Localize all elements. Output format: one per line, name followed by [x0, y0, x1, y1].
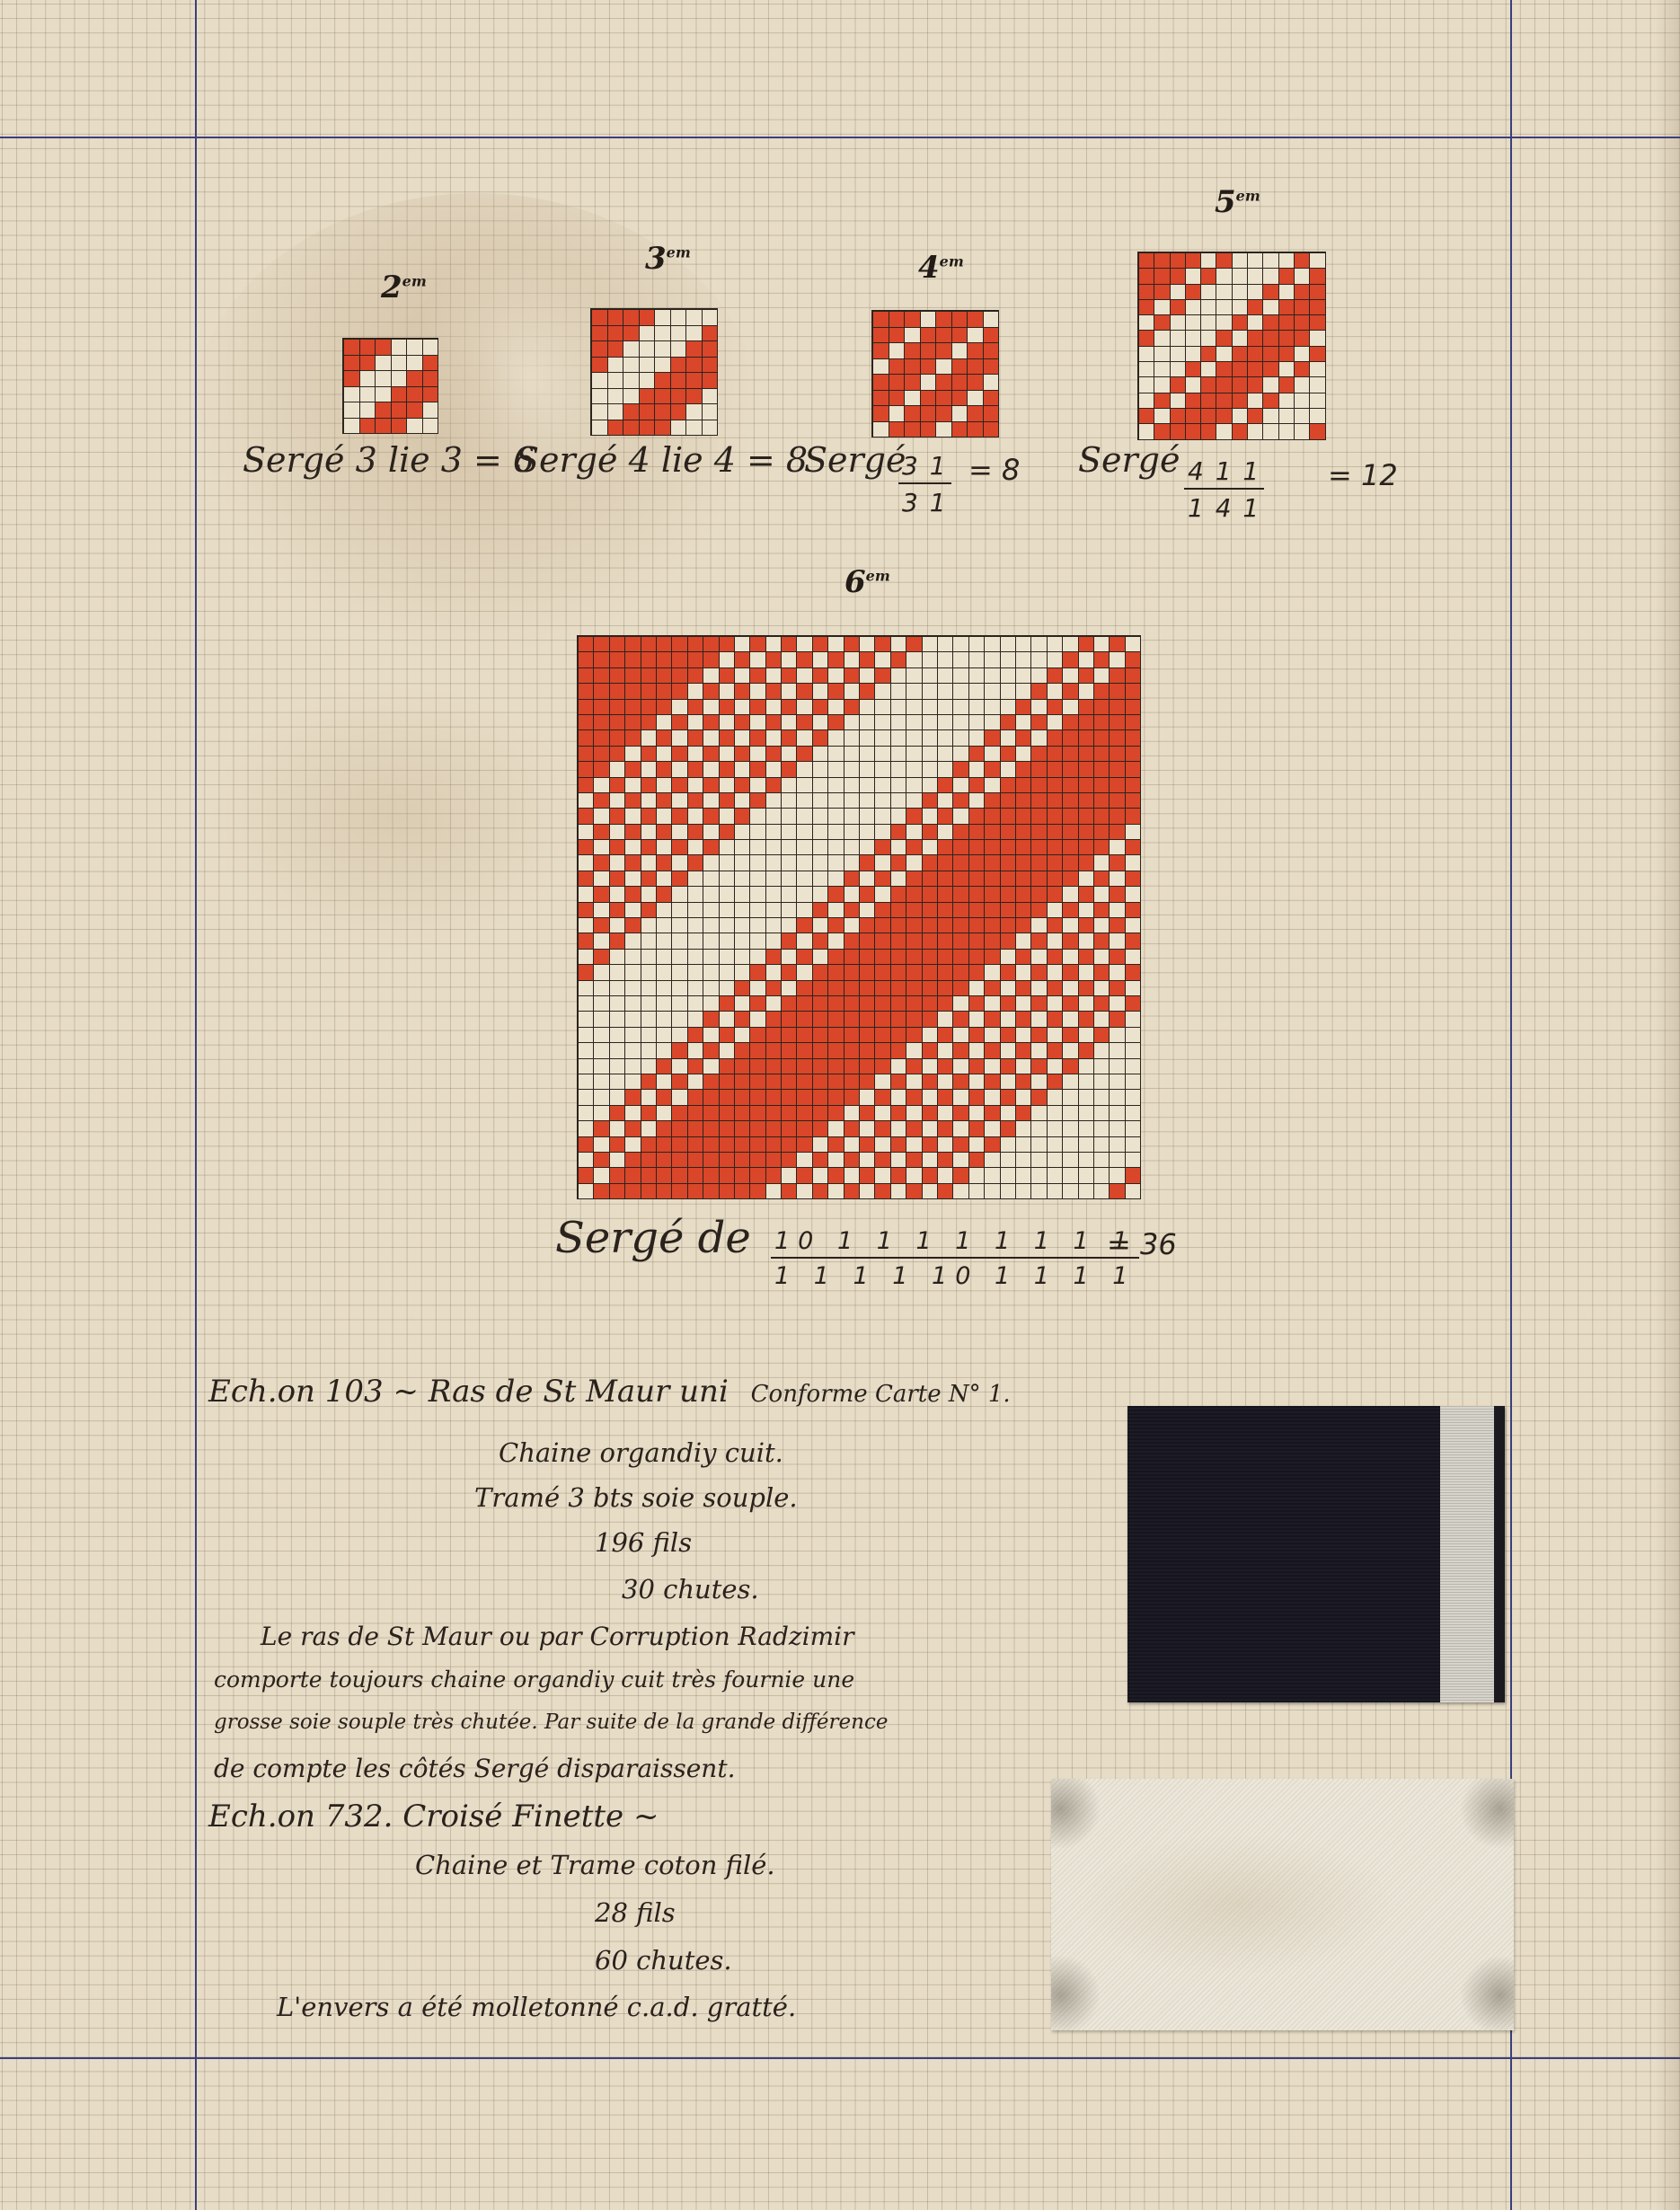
draft-cell	[891, 684, 906, 699]
draft-cell	[1016, 1137, 1031, 1153]
draft-cell	[1048, 1074, 1063, 1090]
draft-cell	[1154, 253, 1170, 269]
draft-cell	[641, 903, 657, 918]
draft-cell	[1001, 1012, 1016, 1027]
draft-cell	[782, 1137, 797, 1153]
draft-cell	[686, 358, 703, 374]
draft-cell	[1263, 377, 1278, 393]
draft-cell	[1154, 409, 1170, 424]
draft-cell	[1139, 362, 1154, 377]
draft-cell	[936, 328, 952, 344]
draft-cell	[766, 793, 782, 809]
draft-cell	[625, 1074, 641, 1090]
draft-cell	[844, 1074, 860, 1090]
draft-cell	[703, 793, 719, 809]
draft-cell	[1094, 715, 1110, 730]
draft-cell	[735, 1028, 750, 1043]
draft-cell	[1279, 362, 1295, 377]
draft-cell	[641, 762, 657, 777]
draft-cell	[1139, 409, 1154, 424]
draft-cell	[1031, 1043, 1047, 1058]
draft-cell	[720, 1059, 735, 1074]
draft-cell	[1048, 762, 1063, 777]
draft-cell	[610, 1028, 625, 1043]
draft-cell	[720, 871, 735, 887]
draft-cell	[891, 918, 906, 933]
draft-cell	[766, 933, 782, 949]
draft-cell	[952, 391, 968, 407]
draft-cell	[923, 1106, 938, 1121]
draft-cell	[641, 1043, 657, 1058]
draft-cell	[969, 981, 985, 996]
draft-cell	[891, 762, 906, 777]
draft-cell	[1063, 715, 1078, 730]
draft-cell	[1139, 285, 1154, 300]
draft-result: = 36	[1107, 1227, 1177, 1261]
draft-cell	[766, 871, 782, 887]
draft-cell	[1079, 1059, 1094, 1074]
draft-cell	[735, 1012, 750, 1027]
draft-cell	[686, 310, 703, 326]
draft-cell	[610, 1153, 625, 1168]
draft-cell	[875, 1153, 890, 1168]
draft-cell	[592, 420, 608, 437]
draft-cell	[579, 778, 594, 793]
draft-cell	[891, 747, 906, 762]
draft-cell	[1233, 300, 1248, 315]
draft-cell	[813, 840, 828, 855]
draft-cell	[828, 1106, 844, 1121]
draft-cell	[1016, 668, 1031, 684]
draft-cell	[923, 700, 938, 715]
draft-cell	[1186, 269, 1201, 284]
draft-cell	[984, 406, 1000, 422]
draft-cell	[906, 918, 922, 933]
draft-cell	[905, 343, 921, 359]
draft-cell	[703, 341, 719, 358]
draft-cell	[625, 933, 641, 949]
draft-cell	[921, 422, 937, 438]
draft-cell	[969, 1153, 985, 1168]
draft-cell	[1001, 1137, 1016, 1153]
draft-cell	[1233, 424, 1248, 439]
draft-cell	[860, 652, 875, 667]
draft-cell	[844, 1090, 860, 1105]
draft-cell	[623, 420, 640, 437]
draft-cell	[906, 778, 922, 793]
draft-cell	[703, 903, 719, 918]
margin-rule-top	[0, 137, 1680, 138]
draft-cell	[1110, 762, 1125, 777]
draft-cell	[688, 825, 703, 840]
draft-cell	[750, 668, 765, 684]
draft-cell	[968, 328, 984, 344]
draft-cell	[720, 1043, 735, 1058]
draft-cell	[608, 341, 624, 358]
draft-cell	[579, 1121, 594, 1136]
draft-cell	[938, 840, 953, 855]
draft-cell	[875, 996, 890, 1012]
draft-cell	[1154, 362, 1170, 377]
draft-cell	[720, 996, 735, 1012]
draft-cell	[797, 715, 812, 730]
draft-cell	[594, 903, 609, 918]
draft-cell	[703, 1106, 719, 1121]
draft-cell	[686, 420, 703, 437]
draft-cell	[750, 918, 765, 933]
draft-cell	[1079, 950, 1094, 965]
draft-cell	[844, 715, 860, 730]
draft-cell	[936, 359, 952, 376]
draft-cell	[1048, 809, 1063, 824]
draft-cell	[891, 996, 906, 1012]
draft-cell	[625, 809, 641, 824]
draft-cell	[672, 809, 687, 824]
draft-cell	[1110, 700, 1125, 715]
draft-cell	[969, 825, 985, 840]
draft-cell	[735, 1184, 750, 1199]
draft-cell	[1048, 747, 1063, 762]
draft-cell	[720, 1168, 735, 1183]
draft-cell	[592, 389, 608, 405]
draft-cell	[1031, 1153, 1047, 1168]
draft-cell	[735, 1168, 750, 1183]
draft-cell	[766, 1074, 782, 1090]
draft-cell	[1171, 409, 1186, 424]
draft-cell	[608, 326, 624, 342]
draft-cell	[985, 1184, 1000, 1199]
draft-cell	[1063, 1168, 1078, 1183]
draft-cell	[657, 793, 672, 809]
draft-cell	[1063, 637, 1078, 652]
draft-cell	[953, 887, 968, 902]
draft-cell	[1233, 285, 1248, 300]
draft-cell	[1079, 1121, 1094, 1136]
draft-cell	[984, 391, 1000, 407]
draft-cell	[860, 1090, 875, 1105]
draft-cell	[906, 871, 922, 887]
draft-cell	[1295, 409, 1310, 424]
draft-cell	[1079, 637, 1094, 652]
draft-cell	[891, 1106, 906, 1121]
draft-cell	[860, 965, 875, 980]
draft-cell	[860, 933, 875, 949]
draft-cell	[938, 809, 953, 824]
draft-cell	[813, 903, 828, 918]
draft-cell	[1001, 762, 1016, 777]
draft-cell	[625, 668, 641, 684]
draft-cell	[640, 341, 656, 358]
draft-cell	[579, 950, 594, 965]
draft-cell	[1295, 393, 1310, 409]
draft-cell	[625, 918, 641, 933]
draft-cell	[1048, 871, 1063, 887]
draft-cell	[657, 1184, 672, 1199]
draft-cell	[782, 1106, 797, 1121]
draft-cell	[688, 918, 703, 933]
draft-cell	[610, 1074, 625, 1090]
draft-cell	[392, 402, 408, 419]
draft-cell	[1110, 730, 1125, 746]
draft-cell	[1031, 715, 1047, 730]
draft-cell	[720, 1153, 735, 1168]
draft-cell	[797, 730, 812, 746]
draft-cell	[1063, 855, 1078, 871]
draft-cell	[625, 700, 641, 715]
draft-cell	[657, 1153, 672, 1168]
draft-cell	[891, 1090, 906, 1105]
draft-cell	[672, 950, 687, 965]
draft-cell	[953, 1074, 968, 1090]
draft-cell	[1016, 778, 1031, 793]
draft-cell	[766, 903, 782, 918]
draft-cell	[1094, 1090, 1110, 1105]
draft-cell	[1248, 269, 1263, 284]
draft-cell	[891, 825, 906, 840]
draft-cell	[923, 996, 938, 1012]
draft-cell	[766, 1106, 782, 1121]
draft-cell	[1063, 762, 1078, 777]
draft-cell	[423, 371, 439, 387]
draft-cell	[579, 903, 594, 918]
draft-cell	[1279, 424, 1295, 439]
draft-cell	[1186, 300, 1201, 315]
draft-cell	[1001, 1090, 1016, 1105]
draft-cell	[797, 1074, 812, 1090]
draft-cell	[1216, 331, 1232, 346]
draft-heading: 2em	[381, 270, 427, 305]
draft-cell	[766, 825, 782, 840]
draft-cell	[579, 1012, 594, 1027]
draft-cell	[891, 1168, 906, 1183]
draft-cell	[750, 950, 765, 965]
draft-cell	[906, 793, 922, 809]
draft-cell	[906, 1184, 922, 1199]
draft-cell	[610, 965, 625, 980]
draft-cell	[1016, 762, 1031, 777]
draft-cell	[828, 996, 844, 1012]
draft-cell	[672, 700, 687, 715]
draft-cell	[891, 933, 906, 949]
draft-cell	[655, 373, 671, 389]
draft-cell	[766, 747, 782, 762]
draft-cell	[750, 730, 765, 746]
draft-cell	[1126, 1090, 1141, 1105]
draft-cell	[906, 840, 922, 855]
draft-cell	[921, 312, 937, 328]
draft-cell	[1110, 1074, 1125, 1090]
draft-cell	[828, 825, 844, 840]
draft-cell	[968, 375, 984, 391]
draft-cell	[985, 981, 1000, 996]
draft-cell	[1154, 315, 1170, 331]
draft-cell	[1048, 887, 1063, 902]
draft-cell	[750, 715, 765, 730]
draft-cell	[423, 340, 439, 356]
draft-cell	[906, 825, 922, 840]
draft-cell	[735, 965, 750, 980]
draft-cell	[655, 341, 671, 358]
draft-cell	[1201, 285, 1216, 300]
draft-cell	[608, 420, 624, 437]
draft-cell	[797, 1028, 812, 1043]
draft-cell	[671, 341, 687, 358]
draft-cell	[1279, 409, 1295, 424]
draft-cell	[875, 965, 890, 980]
draft-cell	[766, 887, 782, 902]
draft-cell	[720, 855, 735, 871]
draft-cell	[720, 778, 735, 793]
draft-cell	[1139, 315, 1154, 331]
draft-cell	[1031, 918, 1047, 933]
draft-cell	[641, 1074, 657, 1090]
draft-cell	[623, 358, 640, 374]
draft-cell	[640, 389, 656, 405]
draft-cell	[1263, 331, 1278, 346]
draft-cell	[360, 402, 376, 419]
swatch-edge	[1494, 1406, 1505, 1702]
draft-cell	[657, 1059, 672, 1074]
draft-cell	[1171, 393, 1186, 409]
draft-cell	[938, 903, 953, 918]
draft-cell	[828, 903, 844, 918]
draft-cell	[688, 1153, 703, 1168]
draft-label: Sergé 4 lie 4 = 8	[516, 440, 808, 480]
draft-cell	[1110, 903, 1125, 918]
draft-cell	[1048, 1059, 1063, 1074]
draft-cell	[1110, 1121, 1125, 1136]
draft-cell	[969, 700, 985, 715]
draft-cell	[641, 637, 657, 652]
draft-cell	[625, 715, 641, 730]
draft-cell	[782, 684, 797, 699]
draft-cell	[828, 1121, 844, 1136]
draft-cell	[1279, 331, 1295, 346]
draft-cell	[873, 359, 889, 376]
draft-cell	[873, 328, 889, 344]
draft-cell	[875, 1184, 890, 1199]
draft-cell	[688, 981, 703, 996]
draft-cell	[1310, 300, 1325, 315]
draft-cell	[1139, 424, 1154, 439]
draft-cell	[844, 809, 860, 824]
draft-cell	[828, 762, 844, 777]
draft-cell	[657, 933, 672, 949]
draft-cell	[1048, 996, 1063, 1012]
draft-cell	[1031, 700, 1047, 715]
draft-cell	[594, 965, 609, 980]
draft-cell	[906, 1059, 922, 1074]
draft-cell	[875, 715, 890, 730]
draft-cell	[1063, 1059, 1078, 1074]
draft-cell	[641, 918, 657, 933]
draft-cell	[703, 389, 719, 405]
draft-cell	[985, 747, 1000, 762]
draft-cell	[672, 918, 687, 933]
draft-cell	[703, 684, 719, 699]
draft-cell	[1031, 840, 1047, 855]
draft-cell	[1233, 269, 1248, 284]
draft-cell	[828, 793, 844, 809]
draft-cell	[1079, 793, 1094, 809]
draft-cell	[860, 887, 875, 902]
draft-cell	[1094, 965, 1110, 980]
draft-cell	[844, 996, 860, 1012]
draft-cell	[1079, 933, 1094, 949]
draft-cell	[1233, 362, 1248, 377]
draft-cell	[782, 793, 797, 809]
draft-cell	[828, 1168, 844, 1183]
draft-cell	[610, 668, 625, 684]
draft-cell	[860, 918, 875, 933]
draft-cell	[889, 422, 906, 438]
draft-cell	[672, 855, 687, 871]
draft-cell	[688, 762, 703, 777]
draft-cell	[1110, 918, 1125, 933]
weave-draft-6	[577, 635, 1141, 1199]
draft-cell	[1031, 730, 1047, 746]
draft-cell	[1110, 637, 1125, 652]
draft-cell	[1201, 300, 1216, 315]
draft-cell	[610, 903, 625, 918]
draft-cell	[938, 778, 953, 793]
draft-cell	[952, 406, 968, 422]
draft-cell	[953, 809, 968, 824]
draft-cell	[953, 1184, 968, 1199]
draft-cell	[906, 747, 922, 762]
draft-cell	[860, 950, 875, 965]
draft-cell	[797, 793, 812, 809]
draft-cell	[1079, 996, 1094, 1012]
draft-cell	[608, 404, 624, 420]
draft-cell	[766, 1028, 782, 1043]
draft-cell	[1310, 331, 1325, 346]
draft-cell	[735, 1090, 750, 1105]
draft-cell	[828, 1028, 844, 1043]
draft-cell	[1016, 855, 1031, 871]
draft-cell	[828, 1012, 844, 1027]
draft-cell	[735, 762, 750, 777]
draft-cell	[641, 1012, 657, 1027]
draft-cell	[1094, 809, 1110, 824]
draft-cell	[1048, 715, 1063, 730]
draft-cell	[938, 1153, 953, 1168]
draft-cell	[844, 762, 860, 777]
draft-cell	[782, 1043, 797, 1058]
draft-cell	[703, 668, 719, 684]
draft-cell	[1094, 762, 1110, 777]
draft-cell	[891, 1059, 906, 1074]
draft-cell	[906, 887, 922, 902]
draft-cell	[657, 918, 672, 933]
draft-cell	[766, 1121, 782, 1136]
entry-paragraph-line: comporte toujours chaine organdiy cuit t…	[214, 1668, 854, 1691]
draft-cell	[703, 637, 719, 652]
draft-cell	[860, 1168, 875, 1183]
draft-cell	[608, 310, 624, 326]
draft-cell	[782, 918, 797, 933]
draft-cell	[813, 965, 828, 980]
draft-cell	[1216, 269, 1232, 284]
draft-cell	[1031, 762, 1047, 777]
draft-cell	[1031, 887, 1047, 902]
draft-cell	[1126, 715, 1141, 730]
draft-cell	[782, 1059, 797, 1074]
draft-cell	[797, 637, 812, 652]
draft-cell	[1171, 269, 1186, 284]
draft-cell	[844, 1012, 860, 1027]
draft-cell	[891, 793, 906, 809]
